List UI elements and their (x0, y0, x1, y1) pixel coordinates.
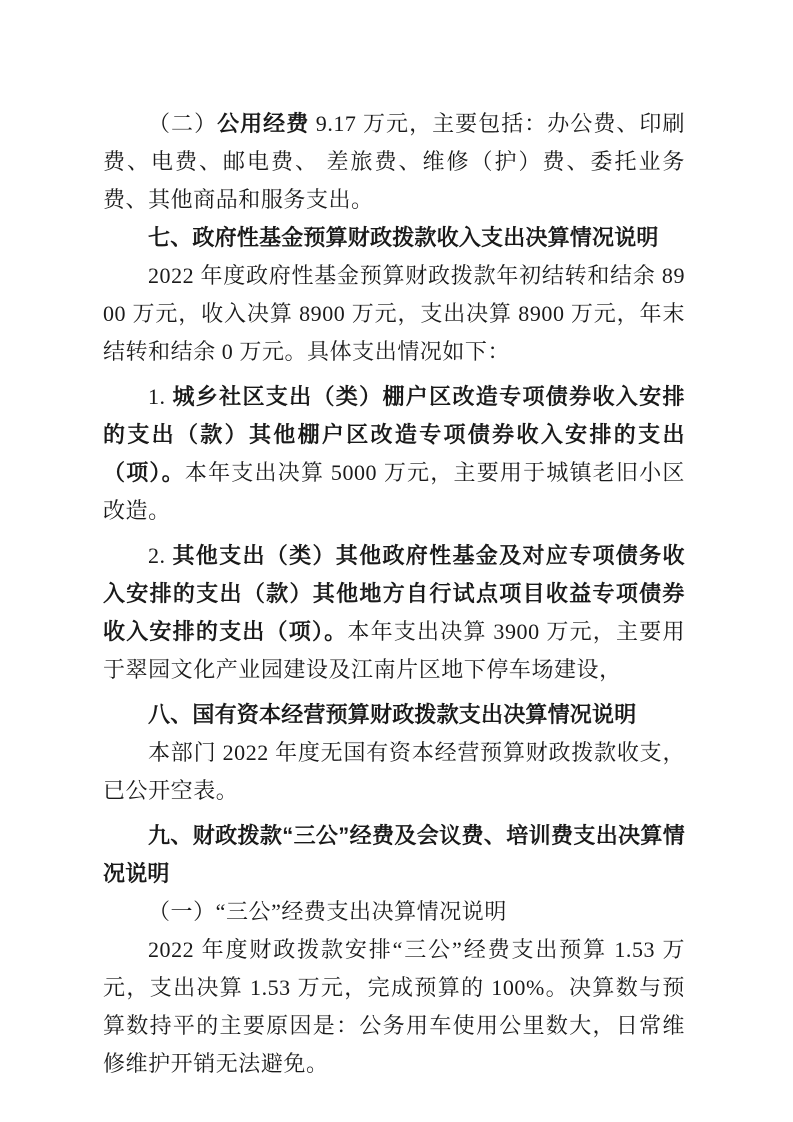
paragraph-public-funds: （二）公用经费 9.17 万元，主要包括：办公费、印刷费、电费、邮电费、 差旅费… (103, 105, 685, 219)
text-run: （二） (148, 111, 217, 136)
paragraph-three-public-subheading: （一）“三公”经费支出决算情况说明 (103, 893, 685, 931)
heading-section-7: 七、政府性基金预算财政拨款收入支出决算情况说明 (103, 219, 685, 257)
heading-text: 九、财政拨款“三公”经费及会议费、培训费支出决算情况说明 (103, 823, 685, 886)
heading-section-9: 九、财政拨款“三公”经费及会议费、培训费支出决算情况说明 (103, 817, 685, 893)
heading-text: 八、国有资本经营预算财政拨款支出决算情况说明 (148, 702, 636, 727)
paragraph-soe-budget: 本部门 2022 年度无国有资本经营预算财政拨款收支，已公开空表。 (103, 734, 685, 810)
list-number: 2. (148, 543, 172, 568)
paragraph-gov-fund-item-1: 1. 城乡社区支出（类）棚户区改造专项债券收入安排的支出（款）其他棚户区改造专项… (103, 378, 685, 530)
paragraph-gov-fund-item-2: 2. 其他支出（类）其他政府性基金及对应专项债务收入安排的支出（款）其他地方自行… (103, 537, 685, 689)
paragraph-gov-fund-summary: 2022 年度政府性基金预算财政拨款年初结转和结余 8900 万元，收入决算 8… (103, 257, 685, 371)
document-page: （二）公用经费 9.17 万元，主要包括：办公费、印刷费、电费、邮电费、 差旅费… (0, 0, 793, 1122)
paragraph-three-public-detail: 2022 年度财政拨款安排“三公”经费支出预算 1.53 万元，支出决算 1.5… (103, 931, 685, 1083)
text-run: 本年支出决算 5000 万元，主要用于城镇老旧小区改造。 (103, 460, 685, 523)
heading-section-8: 八、国有资本经营预算财政拨款支出决算情况说明 (103, 696, 685, 734)
text-run: 本部门 2022 年度无国有资本经营预算财政拨款收支，已公开空表。 (103, 740, 685, 803)
text-run: （一）“三公”经费支出决算情况说明 (148, 899, 507, 924)
text-run: 2022 年度财政拨款安排“三公”经费支出预算 1.53 万元，支出决算 1.5… (103, 937, 685, 1076)
text-run-bold: 公用经费 (217, 111, 309, 136)
heading-text: 七、政府性基金预算财政拨款收入支出决算情况说明 (148, 225, 659, 250)
list-number: 1. (148, 384, 172, 409)
text-run: 2022 年度政府性基金预算财政拨款年初结转和结余 8900 万元，收入决算 8… (103, 263, 685, 364)
